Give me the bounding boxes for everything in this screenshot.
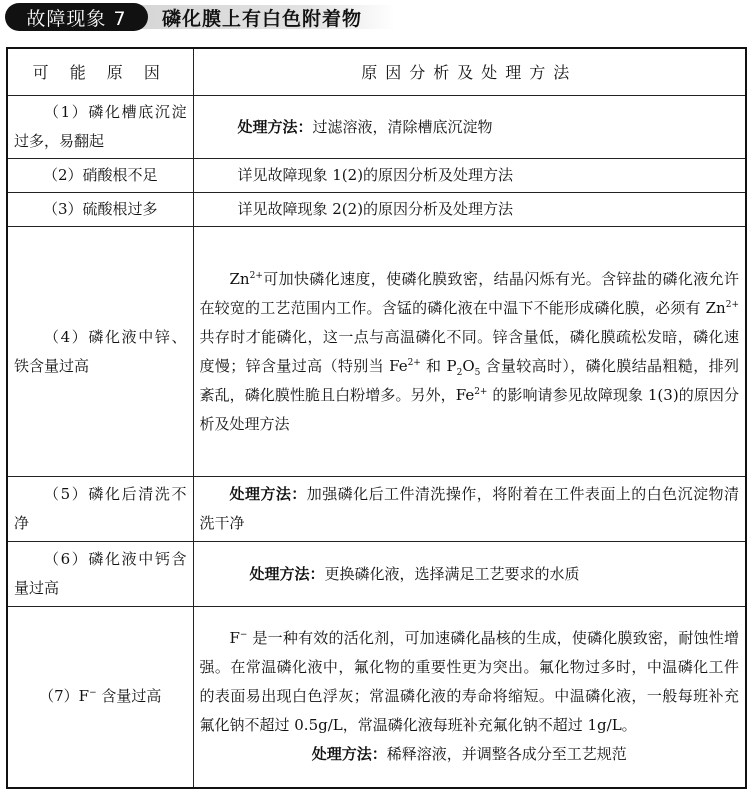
table-row: （6）磷化液中钙含量过高 处理方法：更换磷化液，选择满足工艺要求的水质 — [7, 542, 746, 607]
fault-title: 磷化膜上有白色附着物 — [162, 4, 362, 31]
chem-fe: Fe — [389, 357, 407, 375]
analysis-cell: 处理方法：更换磷化液，选择满足工艺要求的水质 — [193, 542, 746, 607]
chem-fe: Fe — [456, 386, 474, 404]
analysis-text: 详见故障现象 2(2)的原因分析及处理方法 — [200, 195, 740, 224]
method-text: 过滤溶液，清除槽底沉淀物 — [313, 118, 493, 136]
analysis-text: 是一种有效的活化剂，可加速磷化晶核的生成，使磷化膜致密，耐蚀性增强。在常温磷化液… — [200, 629, 740, 734]
cause-cell: （4）磷化液中锌、铁含量过高 — [7, 227, 193, 477]
cause-cell: （5）磷化后清洗不净 — [7, 477, 193, 542]
cause-cell: （2）硝酸根不足 — [7, 159, 193, 193]
table-header-row: 可 能 原 因 原因分析及处理方法 — [7, 48, 746, 96]
method-label: 处理方法： — [230, 485, 307, 503]
analysis-cell: 处理方法：过滤溶液，清除槽底沉淀物 — [193, 96, 746, 159]
chem-zn: Zn — [706, 299, 726, 317]
analysis-text: 可加快磷化速度，使磷化膜致密，结晶闪烁有光。含锌盐的磷化液允许在较宽的工艺范围内… — [200, 270, 740, 317]
fault-table: 可 能 原 因 原因分析及处理方法 （1）磷化槽底沉淀过多，易翻起 处理方法：过… — [6, 47, 747, 789]
header-possible-cause: 可 能 原 因 — [7, 48, 193, 96]
table-row: （5）磷化后清洗不净 处理方法：加强磷化后工件清洗操作，将附着在工件表面上的白色… — [7, 477, 746, 542]
section-title: 故障现象 7 磷化膜上有白色附着物 — [5, 3, 395, 31]
analysis-cell: 详见故障现象 1(2)的原因分析及处理方法 — [193, 159, 746, 193]
header-analysis-method: 原因分析及处理方法 — [193, 48, 746, 96]
chem-zn: Zn — [230, 270, 250, 288]
table-row: （3）硫酸根过多 详见故障现象 2(2)的原因分析及处理方法 — [7, 193, 746, 227]
analysis-cell: 处理方法：加强磷化后工件清洗操作，将附着在工件表面上的白色沉淀物清洗干净 — [193, 477, 746, 542]
analysis-text: 和 — [421, 357, 447, 375]
cause-cell: （3）硫酸根过多 — [7, 193, 193, 227]
method-label: 处理方法： — [312, 745, 387, 763]
chem-f: F — [230, 629, 240, 647]
cause-cell: （1）磷化槽底沉淀过多，易翻起 — [7, 96, 193, 159]
analysis-cell: Zn2+可加快磷化速度，使磷化膜致密，结晶闪烁有光。含锌盐的磷化液允许在较宽的工… — [193, 227, 746, 477]
charge-superscript: − — [89, 688, 97, 698]
cause-cell: （7）F− 含量过高 — [7, 607, 193, 788]
method-text: 更换磷化液，选择满足工艺要求的水质 — [325, 565, 580, 583]
table-row: （1）磷化槽底沉淀过多，易翻起 处理方法：过滤溶液，清除槽底沉淀物 — [7, 96, 746, 159]
method-label: 处理方法： — [250, 565, 325, 583]
cause-text: 含量过高 — [97, 687, 162, 705]
analysis-paragraph: F− 是一种有效的活化剂，可加速磷化晶核的生成，使磷化膜致密，耐蚀性增强。在常温… — [200, 624, 740, 740]
analysis-paragraph: Zn2+可加快磷化速度，使磷化膜致密，结晶闪烁有光。含锌盐的磷化液允许在较宽的工… — [200, 265, 740, 439]
analysis-cell: F− 是一种有效的活化剂，可加速磷化晶核的生成，使磷化膜致密，耐蚀性增强。在常温… — [193, 607, 746, 788]
charge-superscript: 2+ — [726, 300, 739, 310]
chem-o: O — [462, 357, 474, 375]
cause-cell: （6）磷化液中钙含量过高 — [7, 542, 193, 607]
fault-number-badge: 故障现象 7 — [5, 3, 148, 31]
charge-superscript: 2+ — [408, 358, 421, 368]
charge-superscript: 2+ — [474, 387, 487, 397]
charge-superscript: 2+ — [250, 271, 263, 281]
table-row: （7）F− 含量过高 F− 是一种有效的活化剂，可加速磷化晶核的生成，使磷化膜致… — [7, 607, 746, 788]
method-label: 处理方法： — [238, 118, 313, 136]
cause-text: （7）F — [39, 687, 89, 705]
chem-p: P — [447, 357, 457, 375]
method-text: 稀释溶液，并调整各成分至工艺规范 — [387, 745, 627, 763]
table-row: （2）硝酸根不足 详见故障现象 1(2)的原因分析及处理方法 — [7, 159, 746, 193]
analysis-text: 详见故障现象 1(2)的原因分析及处理方法 — [200, 161, 740, 190]
table-row: （4）磷化液中锌、铁含量过高 Zn2+可加快磷化速度，使磷化膜致密，结晶闪烁有光… — [7, 227, 746, 477]
analysis-cell: 详见故障现象 2(2)的原因分析及处理方法 — [193, 193, 746, 227]
